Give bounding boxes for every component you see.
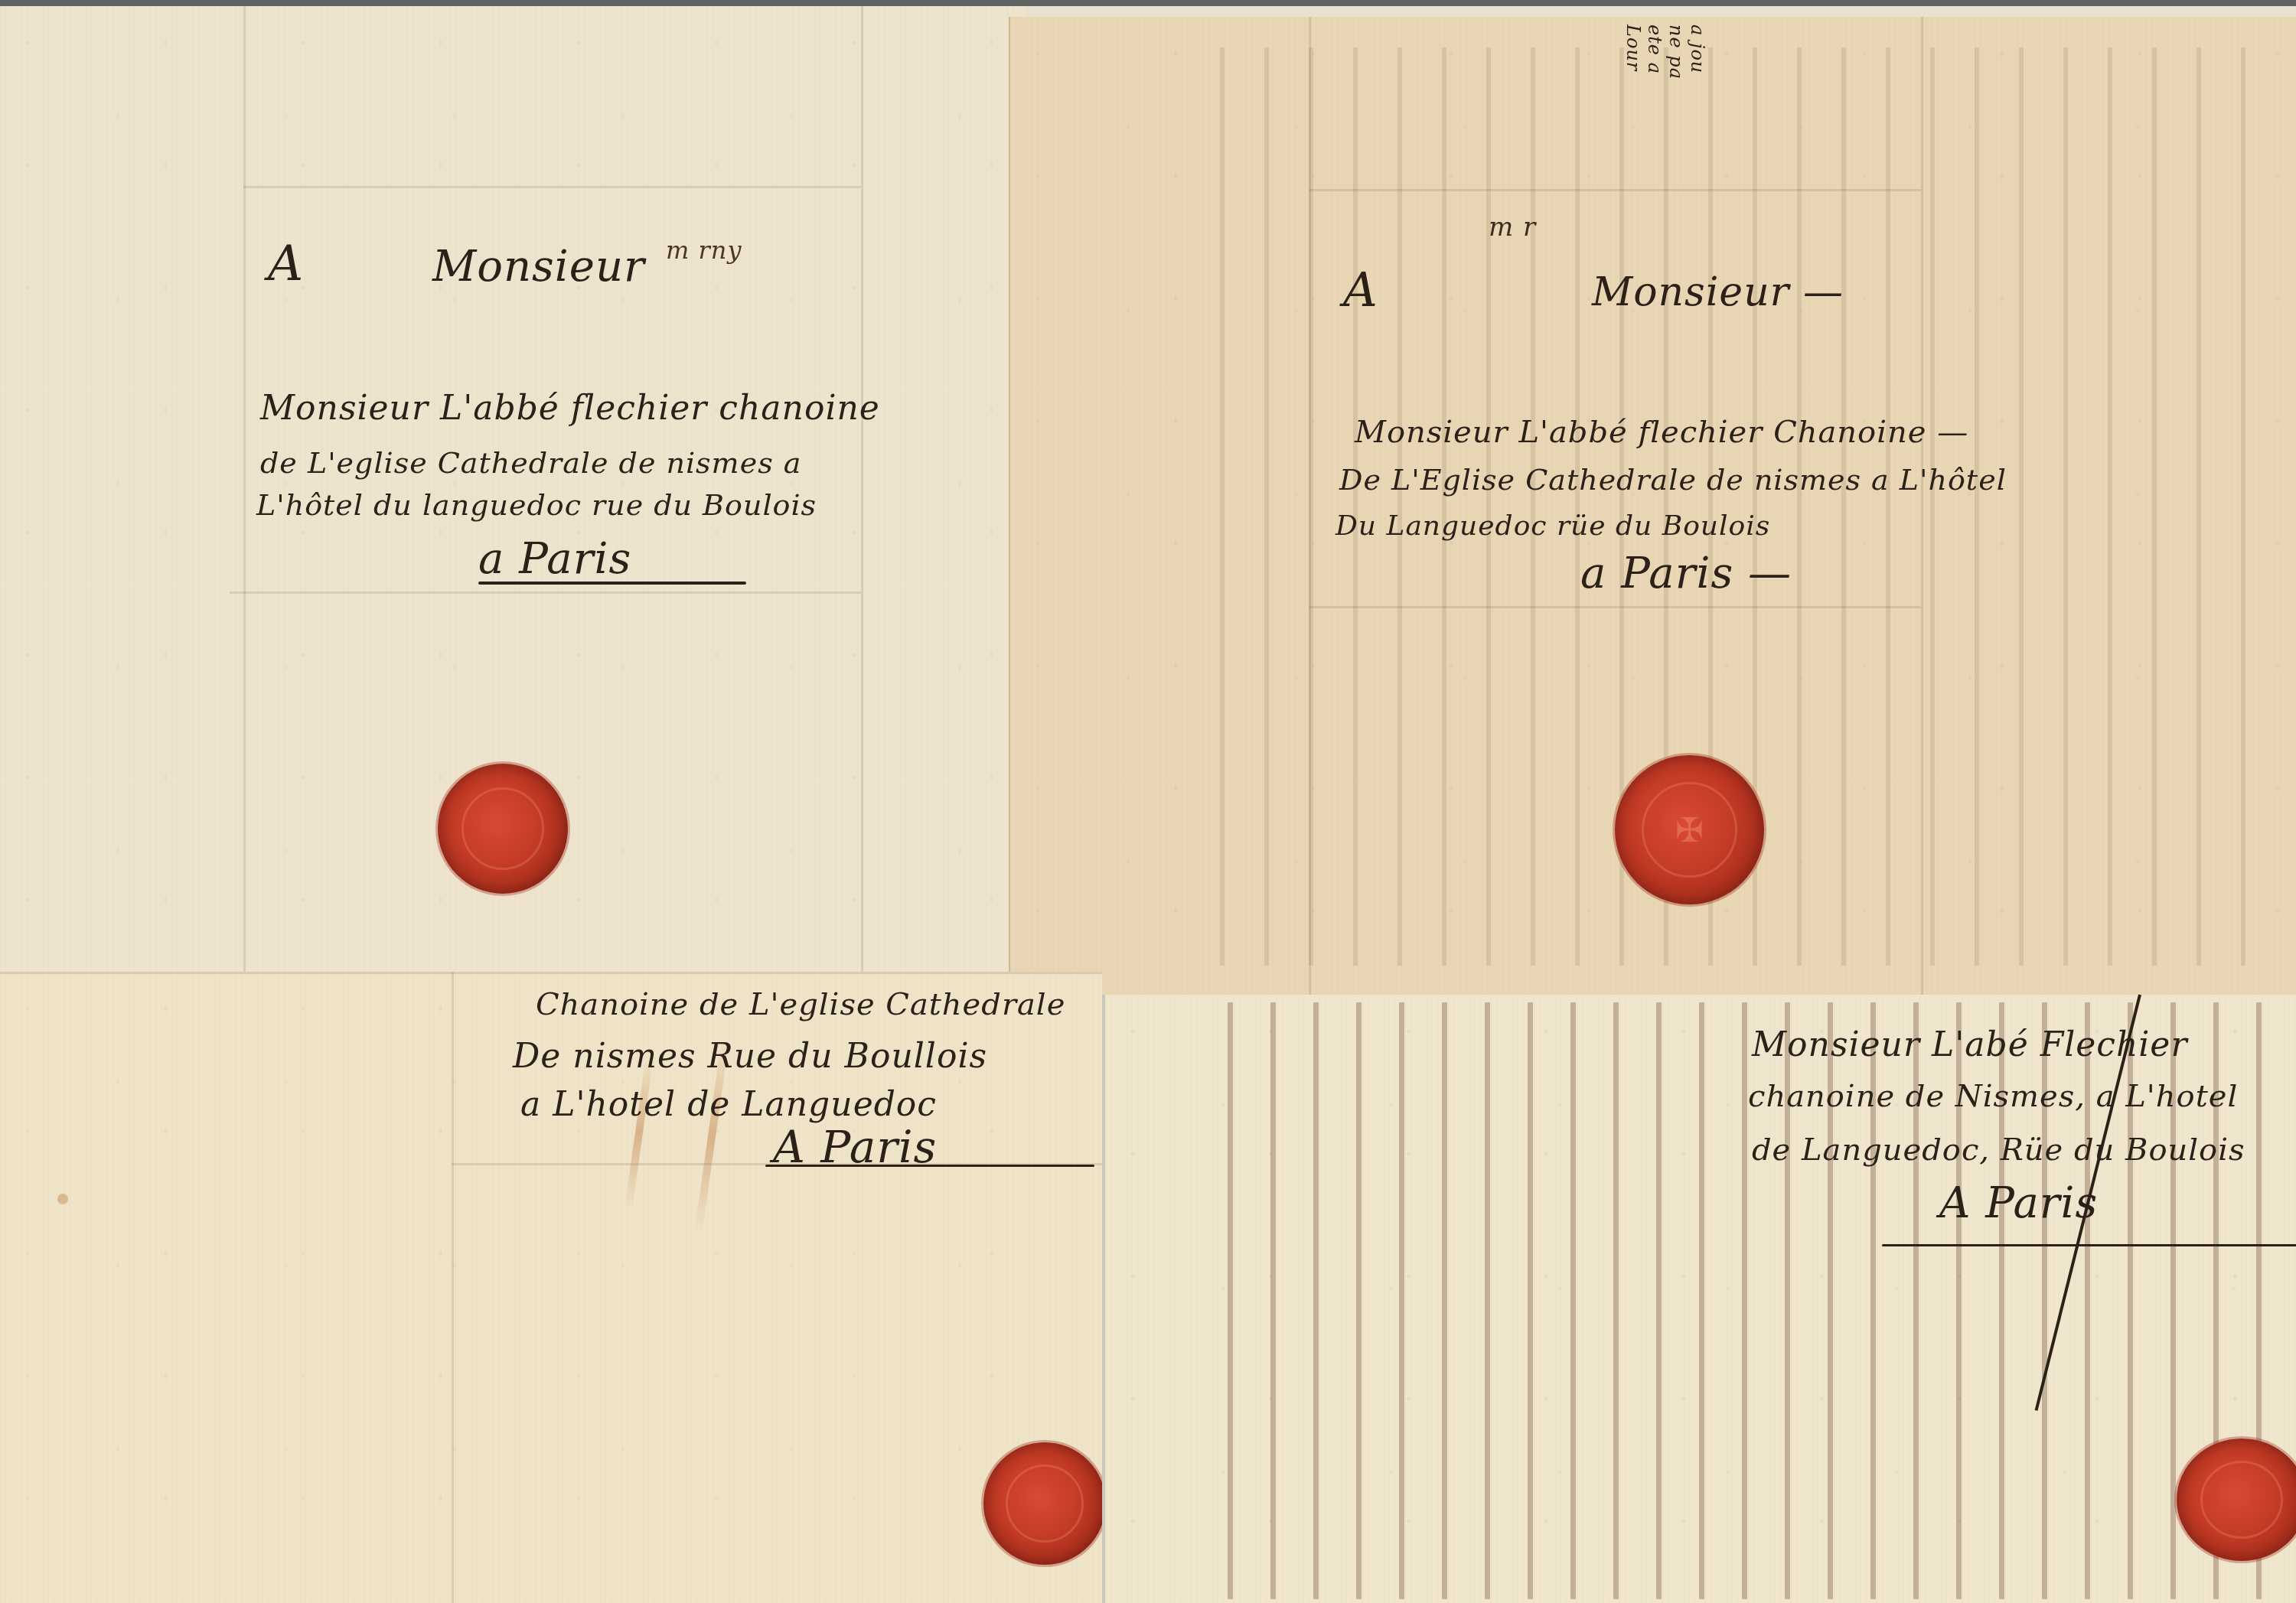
fold-line: [243, 186, 861, 188]
wax-seal: [438, 764, 568, 894]
margin-note-line: ete a: [1644, 24, 1665, 74]
wax-seal: [983, 1442, 1106, 1565]
wax-seal: [2177, 1438, 2296, 1561]
fold-line: [1309, 17, 1311, 995]
salutation: A: [268, 236, 304, 292]
letter-bottom-left: Chanoine de L'eglise Cathedrale De nisme…: [0, 972, 1102, 1603]
margin-note: Lour ete a ne pa a jou: [1623, 24, 1707, 124]
city: a Paris: [478, 534, 631, 584]
annotation: m rny: [666, 236, 742, 265]
fold-line: [1309, 189, 1921, 191]
fold-line: [452, 972, 454, 1603]
fold-line: [1309, 606, 1921, 608]
heading: Monsieur —: [1592, 269, 1844, 315]
address-line: De nismes Rue du Boullois: [513, 1037, 987, 1076]
address-line: de Languedoc, Rüe du Boulois: [1752, 1132, 2245, 1168]
city-underline: [1882, 1244, 2296, 1246]
fold-line: [230, 591, 861, 594]
address-line: Chanoine de L'eglise Cathedrale: [536, 987, 1065, 1022]
city-underline: [478, 582, 746, 585]
ink-stain: [57, 1194, 68, 1204]
address-line: a L'hotel de Languedoc: [520, 1085, 937, 1124]
margin-note-line: ne pa: [1665, 24, 1687, 80]
margin-note-line: a jou: [1687, 24, 1708, 73]
fold-line: [861, 6, 863, 978]
address-line: De L'Eglise Cathedrale de nismes a L'hôt…: [1339, 463, 2007, 497]
address-line: chanoine de Nismes, a L'hotel: [1748, 1079, 2238, 1114]
occitan-cross-icon: ✠: [1675, 810, 1704, 849]
salutation: A: [1343, 262, 1378, 318]
fold-line: [1921, 17, 1923, 995]
margin-note-line: Lour: [1623, 24, 1644, 71]
letter-top-right: Lour ete a ne pa a jou m r A Monsieur — …: [1009, 17, 2296, 995]
address-line: Du Languedoc rüe du Boulois: [1336, 510, 1770, 542]
city: A Paris: [1939, 1178, 2098, 1228]
address-line: Monsieur L'abbé flechier chanoine: [260, 389, 880, 428]
wax-seal-cross-of-toulouse: ✠: [1615, 755, 1764, 904]
fold-line: [0, 972, 1102, 974]
scanner-frame-bar: [0, 0, 2296, 6]
city: a Paris —: [1580, 549, 1792, 598]
annotation: m r: [1489, 212, 1536, 243]
heading: Monsieur: [432, 242, 645, 292]
address-line: L'hôtel du languedoc rue du Boulois: [256, 488, 817, 522]
water-streak: [625, 1056, 654, 1208]
fold-line: [243, 6, 246, 978]
city-underline: [765, 1165, 1094, 1167]
letter-bottom-right: Monsieur L'abé Flechier chanoine de Nism…: [1102, 995, 2296, 1603]
address-line: de L'eglise Cathedrale de nismes a: [260, 446, 801, 480]
address-line: Monsieur L'abbé flechier Chanoine —: [1355, 415, 1968, 450]
letter-top-left: A Monsieur m rny Monsieur L'abbé flechie…: [0, 6, 1026, 978]
